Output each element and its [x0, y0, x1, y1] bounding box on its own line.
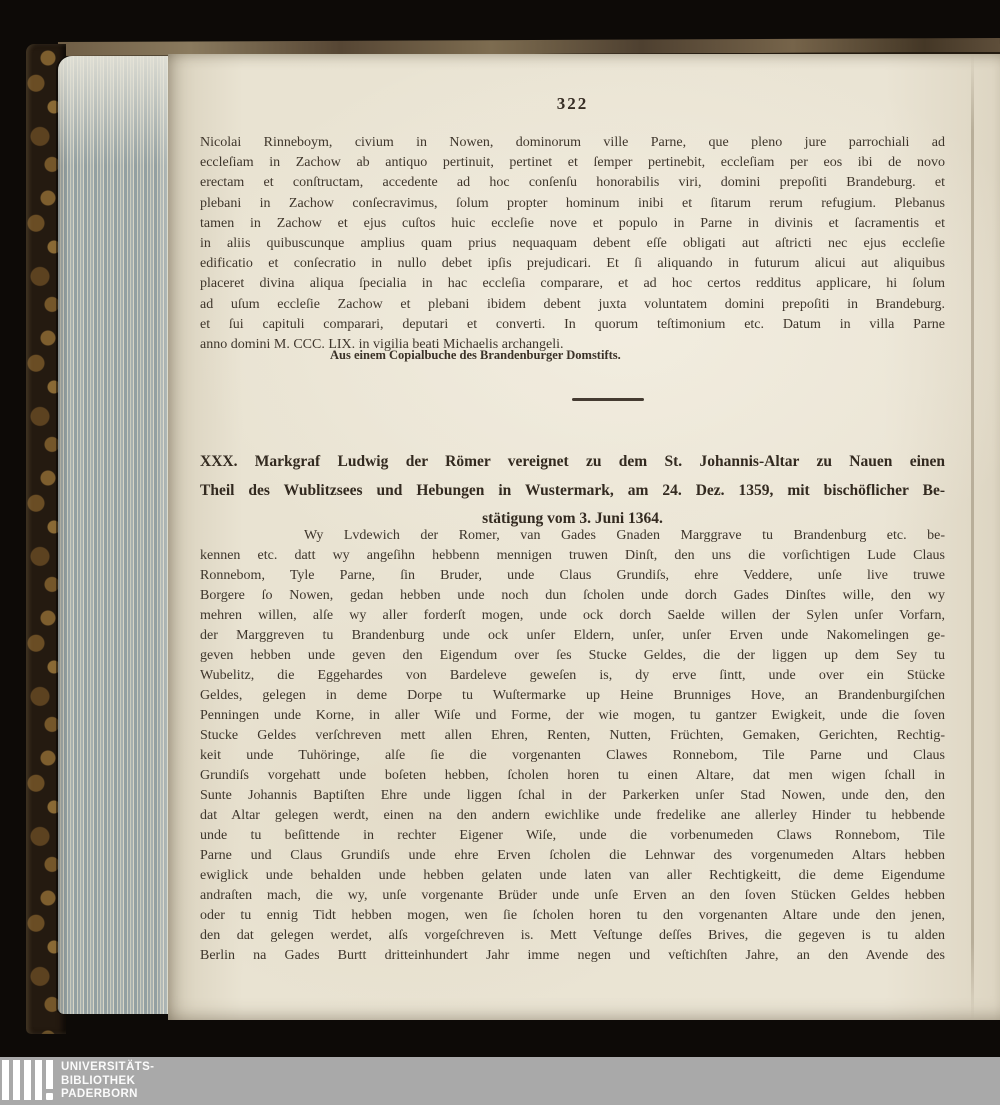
- heading-line: XXX. Markgraf Ludwig der Römer vereignet…: [200, 448, 945, 477]
- body-text-line: Sunte Johannis Baptiſten Ehre unde ligge…: [200, 786, 945, 806]
- logo-bar-icon: [2, 1060, 9, 1100]
- library-logo-bars-icon: [2, 1060, 53, 1102]
- library-name-line: PADERBORN: [61, 1088, 154, 1102]
- page-content: 322 Nicolai Rinneboym, civium in Nowen, …: [200, 54, 945, 1020]
- library-name-line: UNIVERSITÄTS-: [61, 1061, 154, 1075]
- latin-text-line: tamen in Zachow et ejus cuſtos huic eccl…: [200, 214, 945, 234]
- body-text-line: Parne und Claus Grundiſs unde ehre Erven…: [200, 846, 945, 866]
- latin-text-line: eccleſiam in Zachow ab antiquo pertinuit…: [200, 153, 945, 173]
- latin-text-line: in aliis quibuscunque amplius quam prius…: [200, 234, 945, 254]
- body-text-line: Ronnebom, Tyle Parne, ſin Bruder, unde C…: [200, 566, 945, 586]
- body-text-line: Berlin na Gades Burtt dritteinhundert Ja…: [200, 946, 945, 966]
- body-text-line: mehren willen, alſe wy aller forderſt mo…: [200, 606, 945, 626]
- body-text-line: Geldes, gelegen in deme Dorpe tu Wuſterm…: [200, 686, 945, 706]
- body-text-line: Borgere ſo Nowen, gedan hebben unde noch…: [200, 586, 945, 606]
- logo-bar-icon: [13, 1060, 20, 1100]
- library-name: UNIVERSITÄTS-BIBLIOTHEKPADERBORN: [61, 1060, 154, 1102]
- latin-text-line: erectam et conſtructam, accedente ad hoc…: [200, 173, 945, 193]
- footer-bar: UNIVERSITÄTS-BIBLIOTHEKPADERBORN: [0, 1057, 1000, 1105]
- charter-body-paragraph: Wy Lvdewich der Romer, van Gades Gnaden …: [200, 526, 945, 966]
- book-page: 322 Nicolai Rinneboym, civium in Nowen, …: [168, 54, 1000, 1020]
- logo-bar-icon: [24, 1060, 31, 1100]
- body-text-line: Wy Lvdewich der Romer, van Gades Gnaden …: [200, 526, 945, 546]
- body-text-line: Wubelitz, die Eggehardes von Bardeleve g…: [200, 666, 945, 686]
- latin-text-line: edificatio et conſecratio in nullo debet…: [200, 254, 945, 274]
- body-text-line: oder tu ennig Tidt hebben mogen, wen ſie…: [200, 906, 945, 926]
- heading-line: Theil des Wublitzsees und Hebungen in Wu…: [200, 477, 945, 506]
- body-text-line: geven hebben unde geven den Eigendum ove…: [200, 646, 945, 666]
- body-text-line: kennen etc. datt wy angeſihn hebbenn men…: [200, 546, 945, 566]
- source-note: Aus einem Copialbuche des Brandenburger …: [330, 348, 621, 363]
- latin-text-line: plebani in Zachow conſecravimus, ſolum p…: [200, 194, 945, 214]
- latin-paragraph: Nicolai Rinneboym, civium in Nowen, domi…: [200, 133, 945, 355]
- body-text-line: Penningen unde Korne, in aller Wiſe und …: [200, 706, 945, 726]
- latin-text-line: placeret divina aliqua ſpecialia in hac …: [200, 274, 945, 294]
- body-text-line: ewiglick unde behalden unde hebben gelat…: [200, 866, 945, 886]
- section-divider: [572, 398, 644, 401]
- library-name-line: BIBLIOTHEK: [61, 1075, 154, 1089]
- body-text-line: der Marggreven tu Brandenburg unde ock u…: [200, 626, 945, 646]
- logo-exclamation-icon: [46, 1060, 53, 1100]
- page-gutter-crease: [971, 54, 974, 1020]
- body-text-line: unde tu beſittende in rechter Eigener Wi…: [200, 826, 945, 846]
- latin-text-line: ad uſum eccleſie Zachow et plebani ibide…: [200, 295, 945, 315]
- latin-text-line: Nicolai Rinneboym, civium in Nowen, domi…: [200, 133, 945, 153]
- section-heading: XXX. Markgraf Ludwig der Römer vereignet…: [200, 448, 945, 534]
- body-text-line: Grundiſs vorgehatt unde boſeten hebben, …: [200, 766, 945, 786]
- body-text-line: Stucke Geldes verſchreven mett allen Ehr…: [200, 726, 945, 746]
- library-logo: UNIVERSITÄTS-BIBLIOTHEKPADERBORN: [2, 1060, 154, 1102]
- page-number: 322: [200, 94, 945, 114]
- body-text-line: dat Altar gelegen werdt, einen na den an…: [200, 806, 945, 826]
- logo-bar-icon: [35, 1060, 42, 1100]
- body-text-line: andraſten mach, die wy, unſe vorgenante …: [200, 886, 945, 906]
- body-text-line: keit unde Tuhöringe, alſe ſie die vorgen…: [200, 746, 945, 766]
- body-text-line: den dat gelegen werdet, alſs vorgeſchrev…: [200, 926, 945, 946]
- book-fore-edge-pages: [58, 56, 174, 1014]
- latin-text-line: et ſui capituli comparari, deputari et c…: [200, 315, 945, 335]
